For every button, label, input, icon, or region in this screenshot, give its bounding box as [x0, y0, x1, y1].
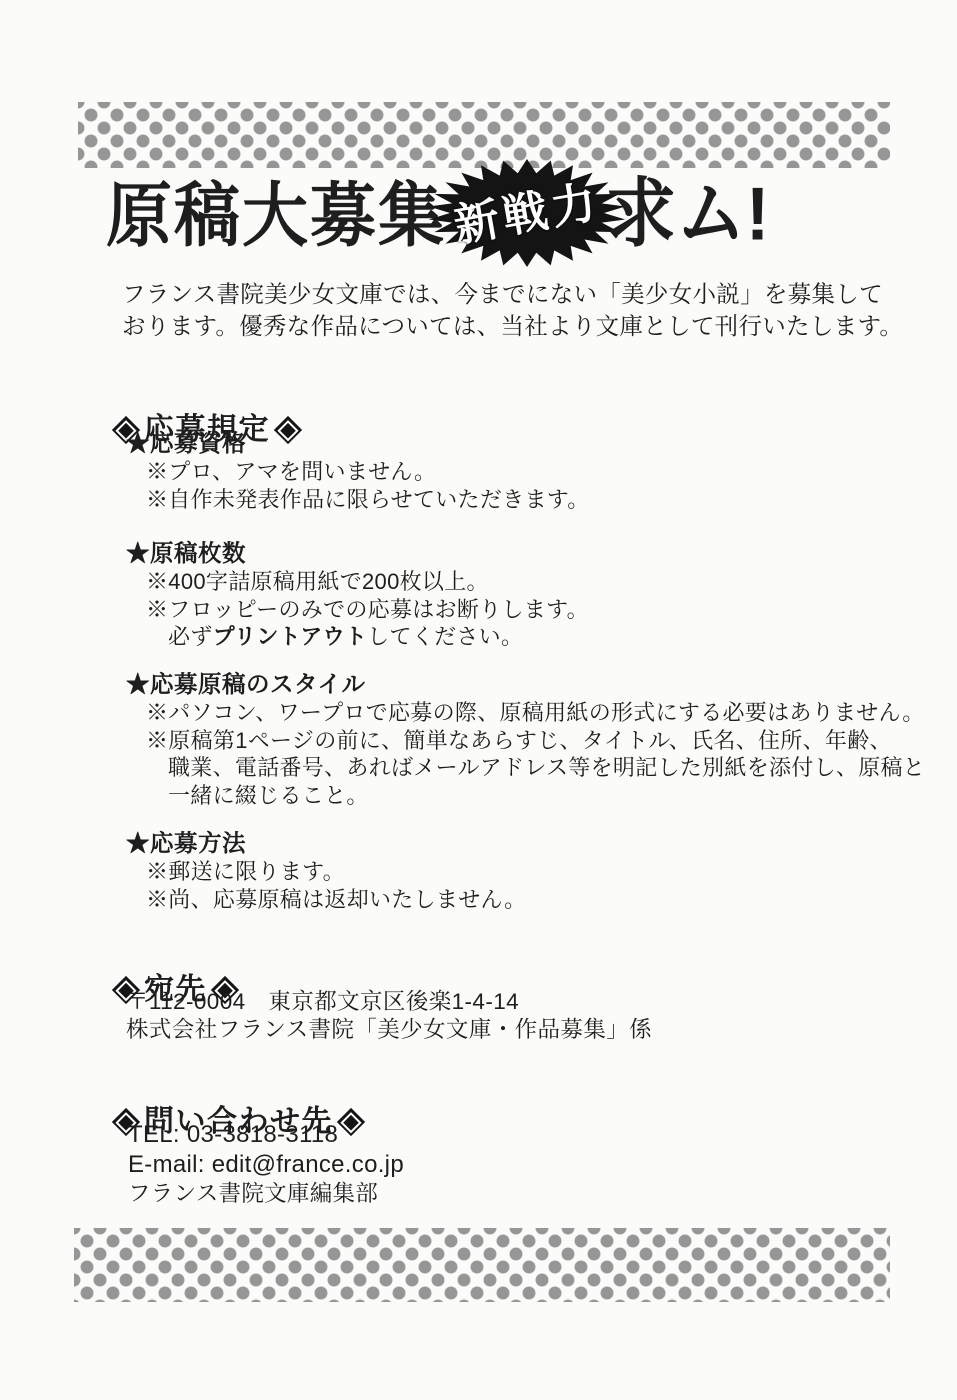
rule-line: ※400字詰原稿用紙で200枚以上。 — [126, 568, 589, 596]
rule-line: ※自作未発表作品に限らせていただきます。 — [126, 486, 590, 514]
page-title-tail: 求ム! — [606, 176, 769, 252]
note-prefix: 必ず — [168, 624, 213, 649]
contact-tel: TEL: 03-3818-3118 — [128, 1120, 404, 1150]
rule-line: ※郵送に限ります。 — [126, 858, 526, 886]
contact-info: TEL: 03-3818-3118 E-mail: edit@france.co… — [128, 1120, 404, 1209]
subsection-title: ★原稿枚数 — [126, 540, 589, 568]
rule-line: ※原稿第1ページの前に、簡単なあらすじ、タイトル、氏名、住所、年齢、 — [126, 727, 925, 755]
rule-line: 職業、電話番号、あればメールアドレス等を明記した別紙を添付し、原稿と — [126, 754, 925, 782]
note-bold: プリントアウト — [213, 624, 368, 649]
page-title: 原稿大募集 — [106, 180, 446, 250]
starburst-badge: 新戦力 — [426, 158, 628, 268]
subsection-manuscript-style: ★応募原稿のスタイル ※パソコン、ワープロで応募の際、原稿用紙の形式にする必要は… — [126, 671, 925, 810]
intro-paragraph: フランス書院美少女文庫では、今までにない「美少女小説」を募集して おります。優秀… — [122, 278, 903, 342]
subsection-title: ★応募方法 — [126, 830, 526, 858]
rule-line: ※フロッピーのみでの応募はお断りします。 — [126, 596, 589, 624]
intro-line: フランス書院美少女文庫では、今までにない「美少女小説」を募集して — [122, 278, 903, 310]
subsection-title: ★応募原稿のスタイル — [126, 671, 925, 699]
rule-line-note: 必ずプリントアウトしてください。 — [126, 623, 589, 651]
subsection-page-count: ★原稿枚数 ※400字詰原稿用紙で200枚以上。 ※フロッピーのみでの応募はお断… — [126, 540, 589, 651]
subsection-qualification: ★応募資格 ※プロ、アマを問いません。 ※自作未発表作品に限らせていただきます。 — [126, 430, 590, 513]
bottom-halftone-dot-border — [74, 1228, 890, 1302]
rule-line: ※尚、応募原稿は返却いたしません。 — [126, 886, 526, 914]
note-suffix: してください。 — [367, 624, 523, 649]
rule-line: 一緒に綴じること。 — [126, 782, 925, 810]
subsection-title: ★応募資格 — [126, 430, 590, 458]
contact-department: フランス書院文庫編集部 — [128, 1179, 404, 1209]
subsection-method: ★応募方法 ※郵送に限ります。 ※尚、応募原稿は返却いたしません。 — [126, 830, 526, 913]
rule-line: ※プロ、アマを問いません。 — [126, 458, 590, 486]
scanned-page: 原稿大募集 新戦力 求ム! フランス書院美少女文庫では、今までにない「美少女小説… — [0, 0, 957, 1400]
intro-line: おります。優秀な作品については、当社より文庫として刊行いたします。 — [122, 310, 903, 342]
address-line: 〒112-0004 東京都文京区後楽1-4-14 — [126, 988, 652, 1016]
contact-email: E-mail: edit@france.co.jp — [128, 1150, 404, 1180]
address-line: 株式会社フランス書院「美少女文庫・作品募集」係 — [126, 1016, 652, 1044]
mailing-address: 〒112-0004 東京都文京区後楽1-4-14 株式会社フランス書院「美少女文… — [126, 988, 652, 1044]
rule-line: ※パソコン、ワープロで応募の際、原稿用紙の形式にする必要はありません。 — [126, 699, 925, 727]
